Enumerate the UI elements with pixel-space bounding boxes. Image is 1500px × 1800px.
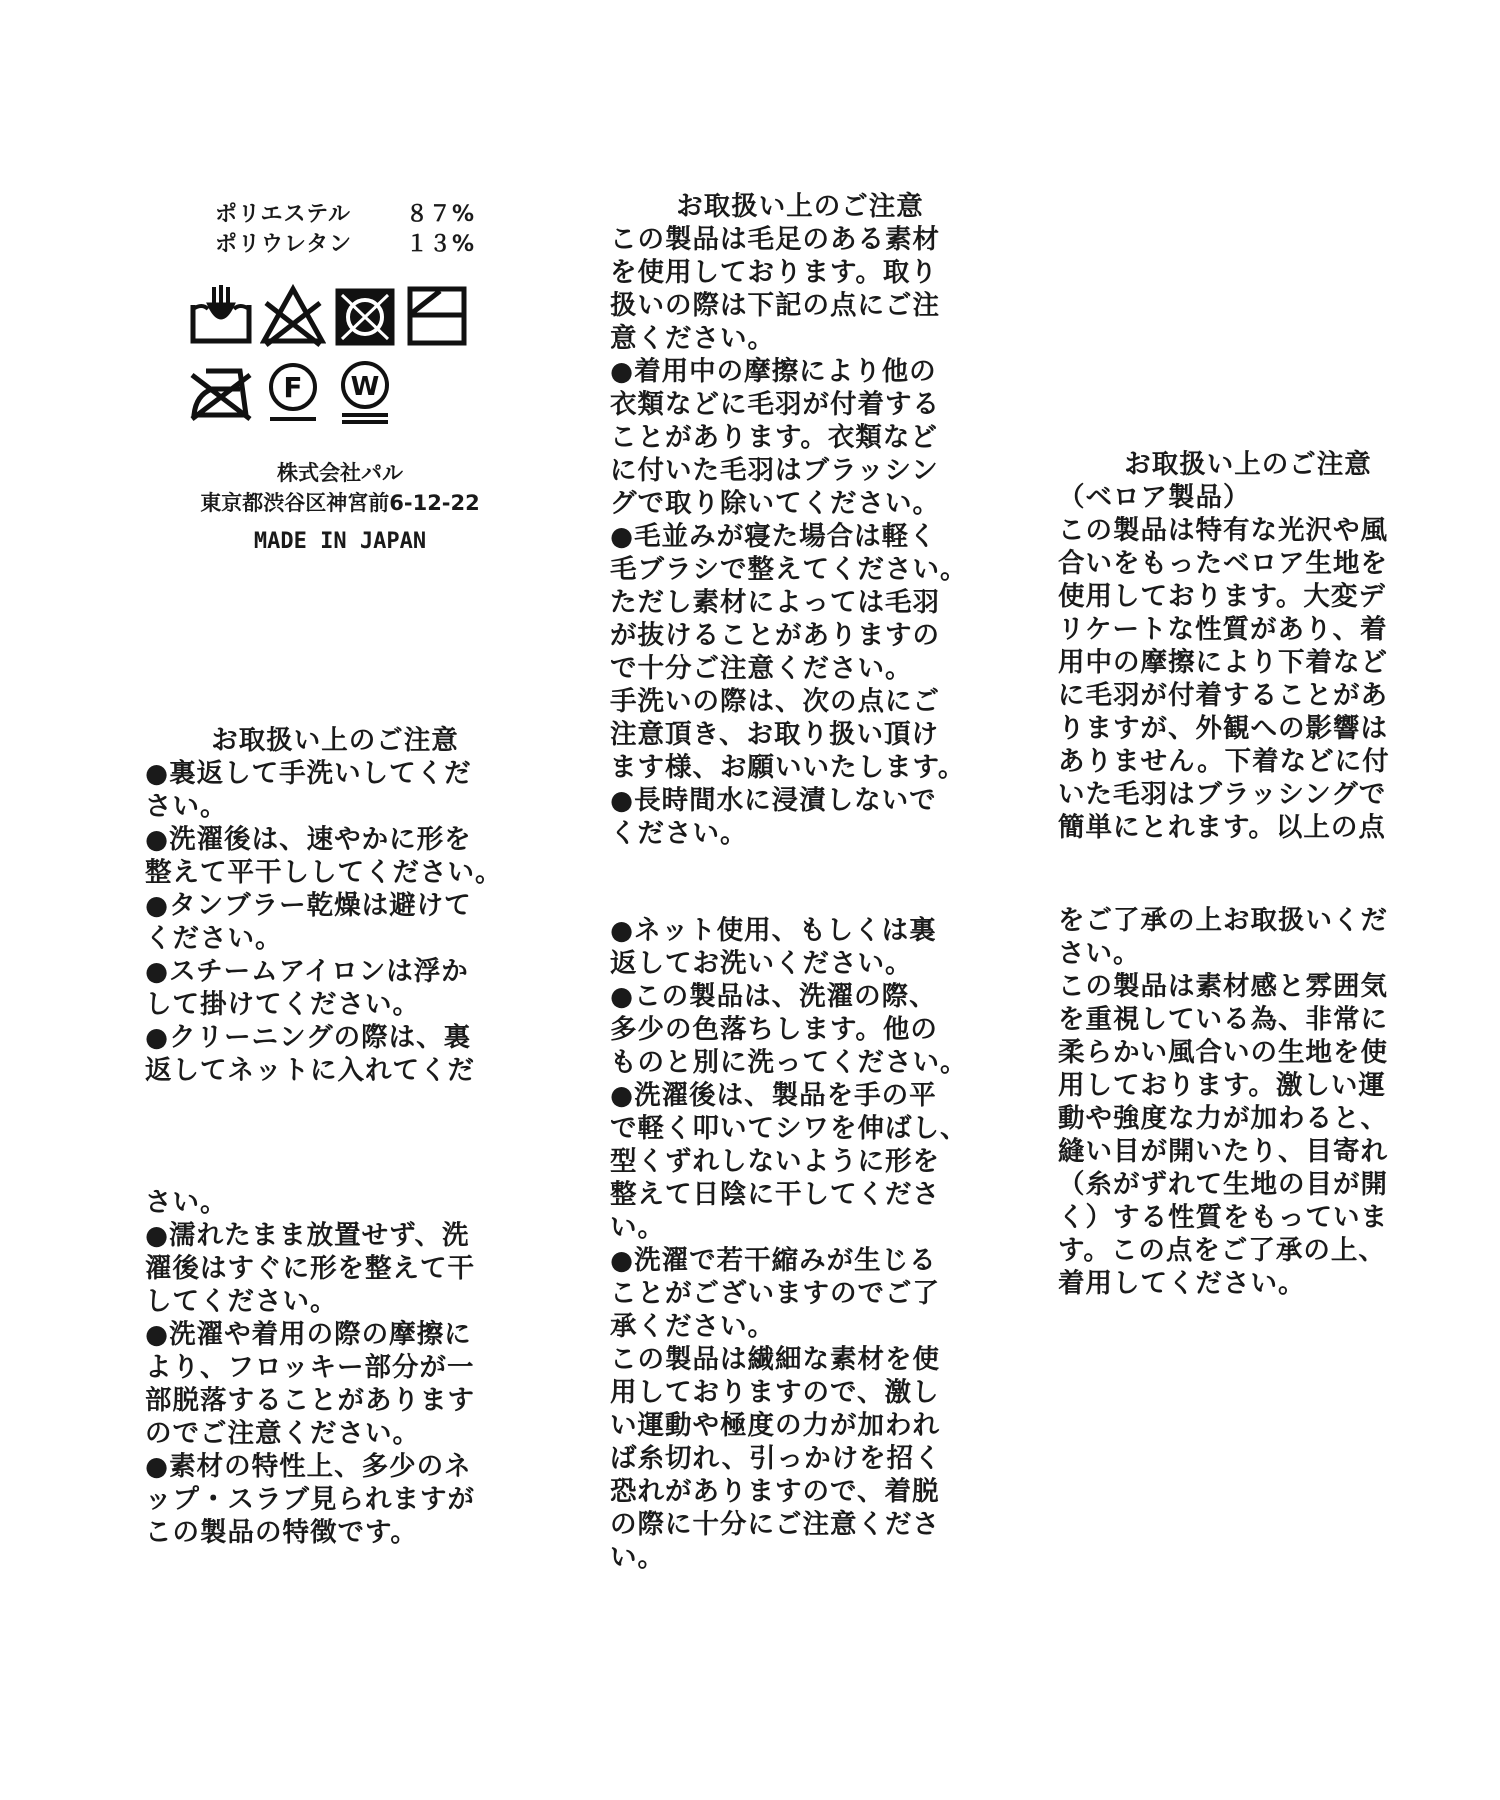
notice-line: してください。 — [145, 1285, 525, 1318]
notice-line: 用中の摩擦により下着など — [1058, 646, 1438, 679]
notice-lines: をご了承の上お取扱いください。この製品は素材感と雰囲気を重視している為、非常に柔… — [1058, 904, 1438, 1300]
fiber-composition: ポリエステル ８７% ポリウレタン １３% — [215, 200, 475, 260]
notice-line: 型くずれしないように形を — [610, 1145, 990, 1178]
notice-line: この製品は素材感と雰囲気 — [1058, 970, 1438, 1003]
dry-flat-shade-icon — [404, 283, 470, 349]
notice-line: が抜けることがありますの — [610, 619, 990, 652]
notice-line: 縫い目が開いたり、目寄れ — [1058, 1135, 1438, 1168]
notice-line: ●着用中の摩擦により他の — [610, 355, 990, 388]
notice-line: ば糸切れ、引っかけを招く — [610, 1442, 990, 1475]
notice-title: お取扱い上のご注意 — [610, 190, 990, 223]
notice-line: 着用してください。 — [1058, 1267, 1438, 1300]
notice-line: ップ・スラブ見られますが — [145, 1483, 525, 1516]
notice-line: より、フロッキー部分が一 — [145, 1351, 525, 1384]
notice-line: い。 — [610, 1541, 990, 1574]
composition-row-polyester: ポリエステル ８７% — [215, 200, 475, 230]
notice-line: さい。 — [1058, 937, 1438, 970]
notice-line: い運動や極度の力が加われ — [610, 1409, 990, 1442]
notice-line: ことがございますのでご了 — [610, 1277, 990, 1310]
notice-line: ●洗濯で若干縮みが生じる — [610, 1244, 990, 1277]
fiber-name: ポリウレタン — [215, 230, 352, 260]
notice-middle-part2: ●ネット使用、もしくは裏返してお洗いください。●この製品は、洗濯の際、多少の色落… — [610, 914, 990, 1574]
notice-line: ありません。下着などに付 — [1058, 745, 1438, 778]
notice-line: して掛けてください。 — [145, 988, 525, 1021]
notice-right-part2: をご了承の上お取扱いください。この製品は素材感と雰囲気を重視している為、非常に柔… — [1058, 904, 1438, 1300]
notice-line: 注意頂き、お取り扱い頂け — [610, 718, 990, 751]
notice-line: ●長時間水に浸漬しないで — [610, 784, 990, 817]
notice-line: 整えて平干ししてください。 — [145, 856, 525, 889]
notice-line: ●洗濯後は、製品を手の平 — [610, 1079, 990, 1112]
professional-dry-clean-f-icon: F — [260, 359, 326, 425]
notice-line: ものと別に洗ってください。 — [610, 1046, 990, 1079]
hand-wash-icon — [188, 283, 254, 349]
notice-line: ●タンブラー乾燥は避けて — [145, 889, 525, 922]
notice-line: を重視している為、非常に — [1058, 1003, 1438, 1036]
notice-line: 手洗いの際は、次の点にご — [610, 685, 990, 718]
notice-line: いた毛羽はブラッシングで — [1058, 778, 1438, 811]
company-address: 東京都渋谷区神宮前6-12-22 — [165, 488, 515, 518]
notice-line: で軽く叩いてシワを伸ばし、 — [610, 1112, 990, 1145]
notice-line: 返してお洗いください。 — [610, 947, 990, 980]
notice-line: 使用しております。大変デ — [1058, 580, 1438, 613]
notice-line: 合いをもったベロア生地を — [1058, 547, 1438, 580]
notice-line: ●裏返して手洗いしてくだ — [145, 757, 525, 790]
notice-line: ●スチームアイロンは浮か — [145, 955, 525, 988]
notice-line: ●クリーニングの際は、裏 — [145, 1021, 525, 1054]
notice-line: ●毛並みが寝た場合は軽く — [610, 520, 990, 553]
notice-line: 柔らかい風合いの生地を使 — [1058, 1036, 1438, 1069]
no-bleach-icon — [260, 283, 326, 349]
notice-lines: この製品は毛足のある素材を使用しております。取り扱いの際は下記の点にご注意くださ… — [610, 223, 990, 850]
care-symbols-row-2: F W — [188, 359, 488, 425]
notice-line: 返してネットに入れてくだ — [145, 1054, 525, 1087]
notice-line: のでご注意ください。 — [145, 1417, 525, 1450]
notice-line: 動や強度な力が加わると、 — [1058, 1102, 1438, 1135]
manufacturer-info: 株式会社パル 東京都渋谷区神宮前6-12-22 MADE IN JAPAN — [165, 458, 515, 562]
notice-line: ことがあります。衣類など — [610, 421, 990, 454]
notice-line: ●素材の特性上、多少のネ — [145, 1450, 525, 1483]
notice-line: 濯後はすぐに形を整えて干 — [145, 1252, 525, 1285]
notice-line: ただし素材によっては毛羽 — [610, 586, 990, 619]
notice-line: に毛羽が付着することがあ — [1058, 679, 1438, 712]
notice-lines: ●ネット使用、もしくは裏返してお洗いください。●この製品は、洗濯の際、多少の色落… — [610, 914, 990, 1574]
notice-line: さい。 — [145, 1186, 525, 1219]
notice-title: お取扱い上のご注意 — [145, 724, 525, 757]
notice-line: 多少の色落ちします。他の — [610, 1013, 990, 1046]
composition-row-polyurethane: ポリウレタン １３% — [215, 230, 475, 260]
notice-line: に付いた毛羽はブラッシン — [610, 454, 990, 487]
notice-line: ●ネット使用、もしくは裏 — [610, 914, 990, 947]
fiber-percent: １３% — [406, 230, 475, 260]
notice-line: リケートな性質があり、着 — [1058, 613, 1438, 646]
notice-line: ください。 — [610, 817, 990, 850]
notice-lines: ●裏返して手洗いしてください。●洗濯後は、速やかに形を整えて平干ししてください。… — [145, 757, 525, 1087]
notice-line: ●この製品は、洗濯の際、 — [610, 980, 990, 1013]
notice-lines: この製品は特有な光沢や風合いをもったベロア生地を使用しております。大変デリケート… — [1058, 514, 1438, 844]
notice-line: この製品は毛足のある素材 — [610, 223, 990, 256]
notice-line: 用しておりますので、激し — [610, 1376, 990, 1409]
notice-right-part1: お取扱い上のご注意 （ベロア製品） この製品は特有な光沢や風合いをもったベロア生… — [1058, 448, 1438, 844]
notice-line: の際に十分にご注意くださ — [610, 1508, 990, 1541]
no-tumble-dry-icon — [332, 283, 398, 349]
notice-line: ●濡れたまま放置せず、洗 — [145, 1219, 525, 1252]
notice-line: 衣類などに毛羽が付着する — [610, 388, 990, 421]
notice-line: 部脱落することがあります — [145, 1384, 525, 1417]
care-symbols-row-1 — [188, 283, 488, 349]
notice-line: 承ください。 — [610, 1310, 990, 1343]
notice-left-part1: お取扱い上のご注意 ●裏返して手洗いしてください。●洗濯後は、速やかに形を整えて… — [145, 724, 525, 1087]
notice-line: 扱いの際は下記の点にご注 — [610, 289, 990, 322]
notice-line: 意ください。 — [610, 322, 990, 355]
notice-line: さい。 — [145, 790, 525, 823]
notice-left-part2: さい。●濡れたまま放置せず、洗濯後はすぐに形を整えて干してください。●洗濯や着用… — [145, 1186, 525, 1549]
fiber-name: ポリエステル — [215, 200, 351, 230]
svg-text:W: W — [351, 372, 380, 402]
no-iron-icon — [188, 359, 254, 425]
notice-line: （糸がずれて生地の目が開 — [1058, 1168, 1438, 1201]
notice-line: ます様、お願いいたします。 — [610, 751, 990, 784]
notice-line: で十分ご注意ください。 — [610, 652, 990, 685]
company-name: 株式会社パル — [165, 458, 515, 488]
notice-line: ください。 — [145, 922, 525, 955]
notice-subtitle: （ベロア製品） — [1058, 481, 1438, 514]
notice-line: 簡単にとれます。以上の点 — [1058, 811, 1438, 844]
notice-line: 毛ブラシで整えてください。 — [610, 553, 990, 586]
notice-line: グで取り除いてください。 — [610, 487, 990, 520]
notice-line: この製品は繊細な素材を使 — [610, 1343, 990, 1376]
notice-title: お取扱い上のご注意 — [1058, 448, 1438, 481]
notice-line: ●洗濯や着用の際の摩擦に — [145, 1318, 525, 1351]
notice-line: 用しております。激しい運 — [1058, 1069, 1438, 1102]
notice-line: い。 — [610, 1211, 990, 1244]
country-of-origin: MADE IN JAPAN — [165, 522, 515, 562]
professional-wet-clean-w-icon: W — [332, 359, 398, 425]
notice-line: 整えて日陰に干してくださ — [610, 1178, 990, 1211]
notice-line: りますが、外観への影響は — [1058, 712, 1438, 745]
notice-line: をご了承の上お取扱いくだ — [1058, 904, 1438, 937]
notice-middle-part1: お取扱い上のご注意 この製品は毛足のある素材を使用しております。取り扱いの際は下… — [610, 190, 990, 850]
notice-line: く）する性質をもっていま — [1058, 1201, 1438, 1234]
notice-line: この製品は特有な光沢や風 — [1058, 514, 1438, 547]
notice-lines: さい。●濡れたまま放置せず、洗濯後はすぐに形を整えて干してください。●洗濯や着用… — [145, 1186, 525, 1549]
notice-line: ●洗濯後は、速やかに形を — [145, 823, 525, 856]
care-symbols: F W — [188, 283, 488, 435]
notice-line: 恐れがありますので、着脱 — [610, 1475, 990, 1508]
notice-line: す。この点をご了承の上、 — [1058, 1234, 1438, 1267]
notice-line: この製品の特徴です。 — [145, 1516, 525, 1549]
notice-line: を使用しております。取り — [610, 256, 990, 289]
fiber-percent: ８７% — [406, 200, 475, 230]
svg-text:F: F — [283, 371, 302, 404]
